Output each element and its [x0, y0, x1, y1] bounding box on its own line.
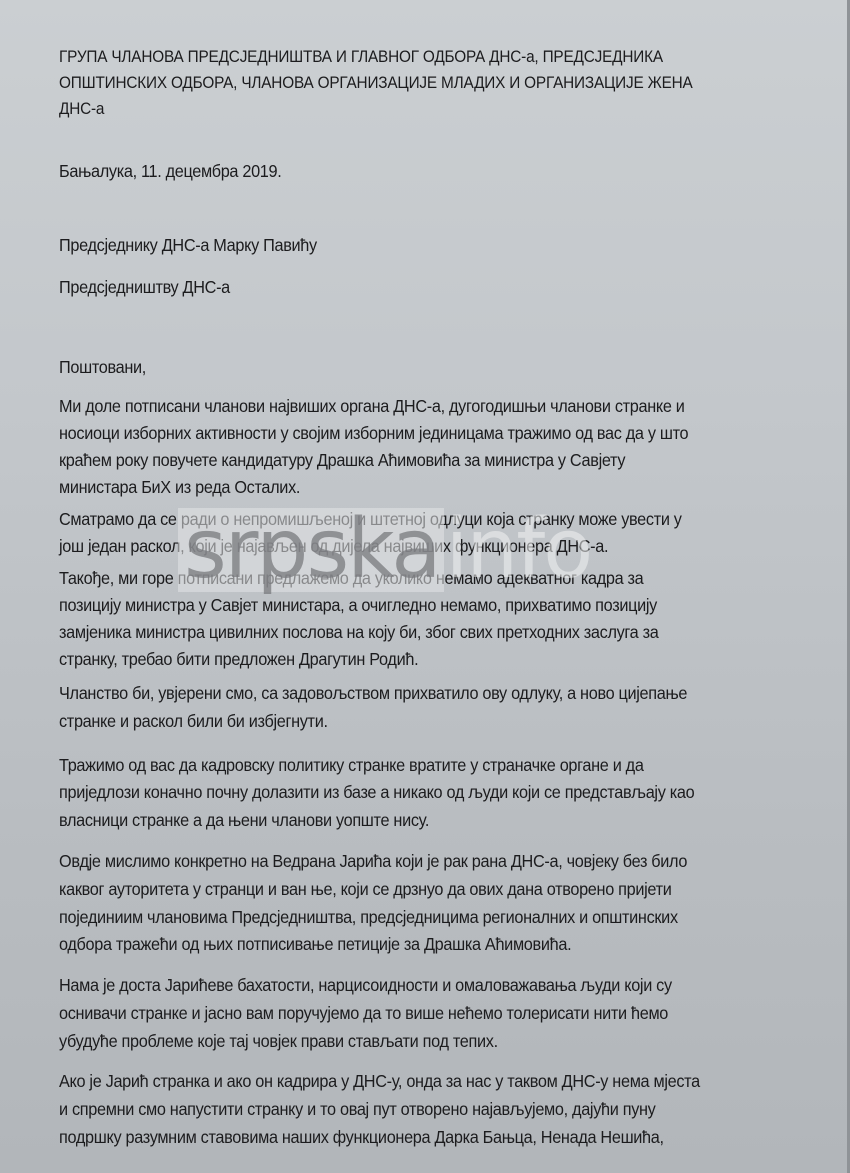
- paragraph-7-line-1: Нама је доста Јарићеве бахатости, нарцис…: [59, 975, 672, 996]
- paragraph-5-line-1: Тражимо од вас да кадровску политику стр…: [59, 755, 644, 776]
- paragraph-7-line-3: убудуће проблеме које тај човјек прави с…: [59, 1031, 498, 1052]
- paragraph-6-line-1: Овдје мислимо конкретно на Ведрана Јарић…: [59, 851, 687, 872]
- recipient-presidency: Предсједништву ДНС-а: [59, 277, 230, 298]
- header-line-1: ГРУПА ЧЛАНОВА ПРЕДСЈЕДНИШТВА И ГЛАВНОГ О…: [59, 48, 663, 67]
- paragraph-1-line-3: краћем року повучете кандидатуру Драшка …: [59, 450, 625, 471]
- paragraph-6-line-2: каквог ауторитета у странци и ван ње, ко…: [59, 879, 671, 900]
- header-line-3: ДНС-а: [59, 100, 104, 119]
- paragraph-1-line-4: министара БиХ из реда Осталих.: [59, 477, 300, 498]
- paragraph-3-line-4: странку, требао бити предложен Драгутин …: [59, 649, 418, 670]
- paragraph-2-line-1: Сматрамо да се ради о непромишљеној и шт…: [59, 509, 682, 530]
- paragraph-4-line-2: странке и раскол били би избјегнути.: [59, 711, 328, 732]
- paragraph-4-line-1: Чланство би, увјерени смо, са задовољств…: [59, 683, 687, 704]
- paragraph-5-line-2: приједлози коначно почну долазити из баз…: [59, 782, 694, 803]
- paragraph-5-line-3: власници странке а да њени чланови уопшт…: [59, 810, 429, 831]
- paragraph-6-line-3: појединиим члановима Предсједништва, пре…: [59, 907, 678, 928]
- header-line-2: ОПШТИНСКИХ ОДБОРА, ЧЛАНОВА ОРГАНИЗАЦИЈЕ …: [59, 74, 693, 93]
- paragraph-3-line-1: Такође, ми горе потписани предлажемо да …: [59, 568, 643, 589]
- paragraph-6-line-4: одбора тражећи од њих потписивање петици…: [59, 934, 571, 955]
- paragraph-8-line-2: и спремни смо напустити странку и то ова…: [59, 1099, 655, 1120]
- recipient-president: Предсједнику ДНС-а Марку Павићу: [59, 235, 317, 256]
- paragraph-8-line-1: Ако је Јарић странка и ако он кадрира у …: [59, 1071, 700, 1092]
- paragraph-1-line-1: Ми доле потписани чланови највиших орган…: [59, 396, 685, 417]
- paragraph-7-line-2: оснивачи странке и јасно вам поручујемо …: [59, 1003, 668, 1024]
- paragraph-3-line-3: замјеника министра цивилних послова на к…: [59, 622, 658, 643]
- paragraph-1-line-2: носиоци изборних активности у својим изб…: [59, 423, 688, 444]
- place-date: Бањалука, 11. децембра 2019.: [59, 161, 281, 182]
- paragraph-2-line-2: још један раскол, који је најављен од ди…: [59, 536, 608, 557]
- paragraph-8-line-3: подршку разумним ставовима наших функцио…: [59, 1127, 664, 1148]
- salutation: Поштовани,: [59, 357, 146, 378]
- paragraph-3-line-2: позицију министра у Савјет министара, а …: [59, 595, 657, 616]
